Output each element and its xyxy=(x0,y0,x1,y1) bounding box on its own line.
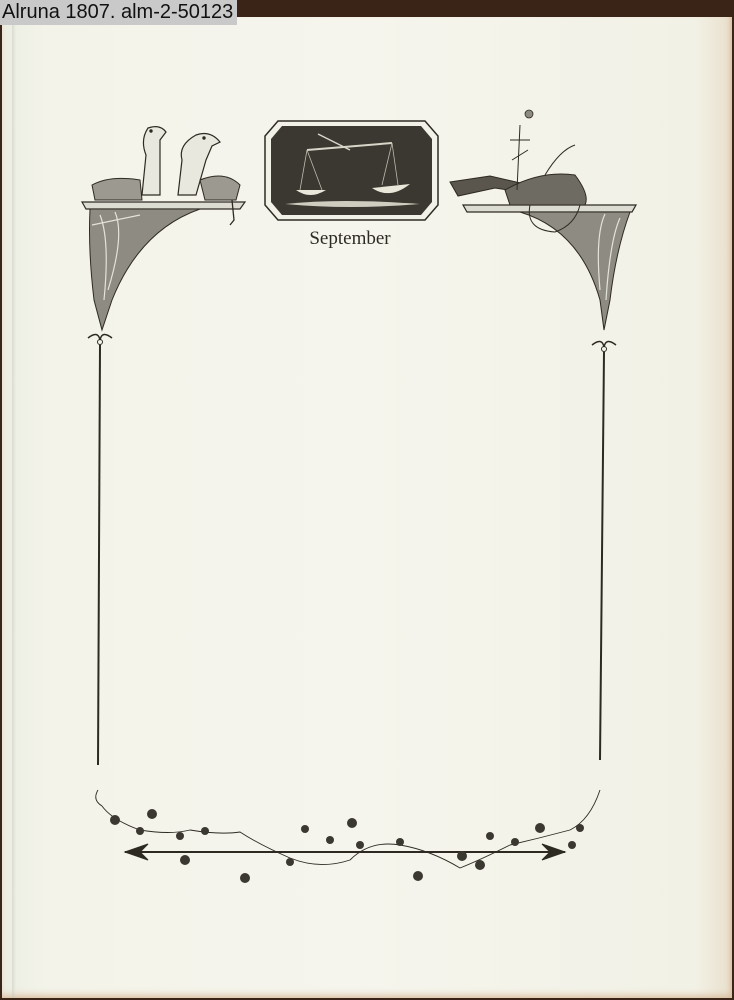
left-rod xyxy=(98,345,100,765)
month-label: September xyxy=(309,228,391,249)
left-bracket-dogs-icon xyxy=(82,127,245,345)
vine-garland-icon xyxy=(96,790,600,883)
scales-cartouche-icon xyxy=(265,121,438,220)
right-bracket-rifle-icon xyxy=(450,110,636,352)
image-caption: Alruna 1807. alm-2-50123 xyxy=(0,0,237,25)
right-rod xyxy=(600,352,604,760)
engraved-frame: September xyxy=(0,0,734,1000)
